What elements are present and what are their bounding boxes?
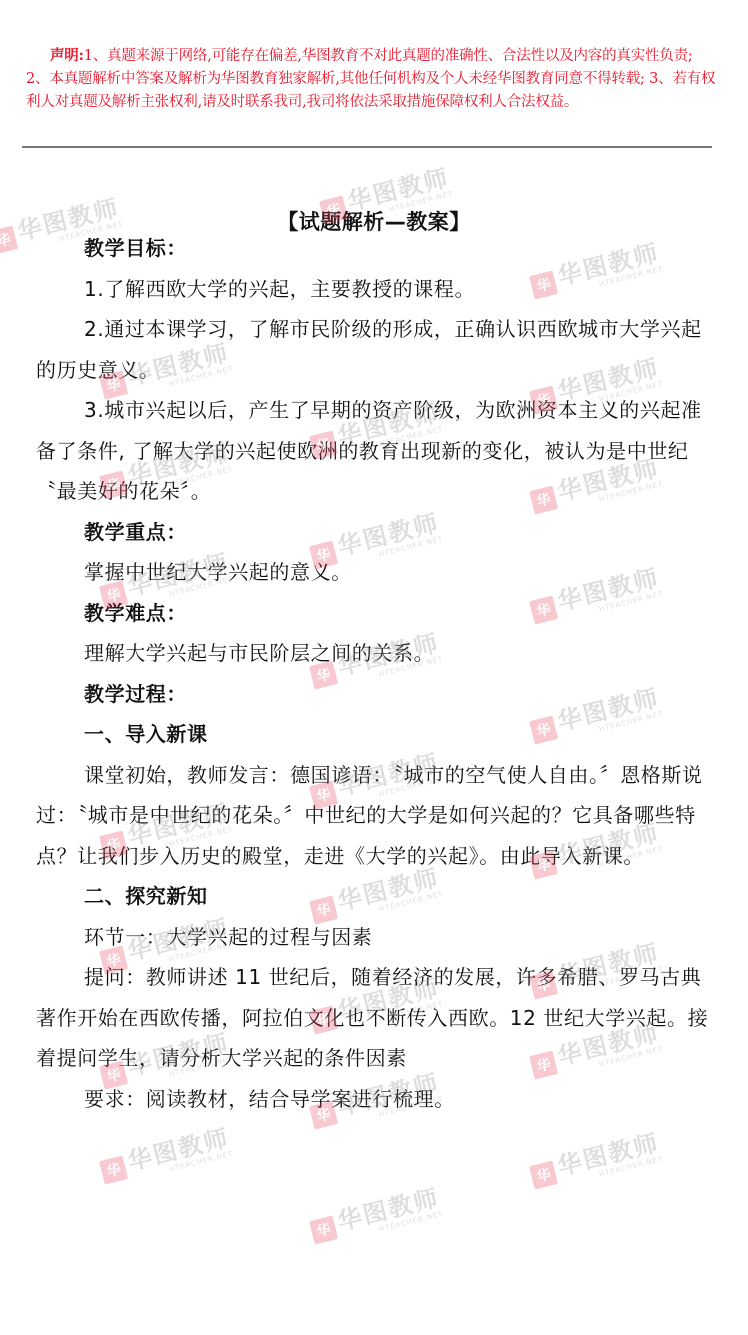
heading-difficulties: 教学难点： — [36, 593, 716, 634]
divider — [22, 146, 712, 148]
watermark-logo-icon: 华 — [99, 1156, 128, 1185]
heading-intro: 一、导入新课 — [36, 714, 716, 755]
difficulty-text: 理解大学兴起与市民阶层之间的关系。 — [36, 633, 716, 674]
question-text: 提问：教师讲述 11 世纪后，随着经济的发展，许多希腊、罗马古典著作开始在西欧传… — [36, 957, 716, 1079]
watermark: 华华图教师HTEACHER.NET — [528, 1130, 664, 1195]
watermark-logo-icon: 华 — [529, 1161, 558, 1190]
watermark-logo-icon: 华 — [309, 1216, 338, 1245]
disclaimer-lead: 声明: — [50, 47, 84, 64]
heading-teaching-goals: 教学目标： — [36, 228, 716, 269]
heading-key-points: 教学重点： — [36, 512, 716, 553]
watermark: 华华图教师HTEACHER.NET — [98, 1125, 234, 1190]
key-point-text: 掌握中世纪大学兴起的意义。 — [36, 552, 716, 593]
requirement-text: 要求：阅读教材，结合导学案进行梳理。 — [36, 1079, 716, 1120]
document-body: 教学目标： 1.了解西欧大学的兴起，主要教授的课程。 2.通过本课学习，了解市民… — [36, 228, 716, 1119]
heading-explore: 二、探究新知 — [36, 876, 716, 917]
disclaimer-text: 1、真题来源于网络,可能存在偏差,华图教育不对此真题的准确性、合法性以及内容的真… — [26, 48, 715, 110]
watermark: 华华图教师HTEACHER.NET — [308, 1185, 444, 1250]
goal-2: 2.通过本课学习，了解市民阶级的形成，正确认识西欧城市大学兴起的历史意义。 — [36, 309, 716, 390]
goal-1: 1.了解西欧大学的兴起，主要教授的课程。 — [36, 269, 716, 310]
goal-3: 3.城市兴起以后，产生了早期的资产阶级，为欧洲资本主义的兴起准备了条件, 了解大… — [36, 390, 716, 512]
intro-text: 课堂初始，教师发言：德国谚语：〝城市的空气使人自由。〞恩格斯说过：〝城市是中世纪… — [36, 755, 716, 877]
stage-one-title: 环节一：大学兴起的过程与因素 — [36, 917, 716, 958]
disclaimer: 声明:1、真题来源于网络,可能存在偏差,华图教育不对此真题的准确性、合法性以及内… — [26, 44, 716, 114]
heading-process: 教学过程： — [36, 674, 716, 715]
